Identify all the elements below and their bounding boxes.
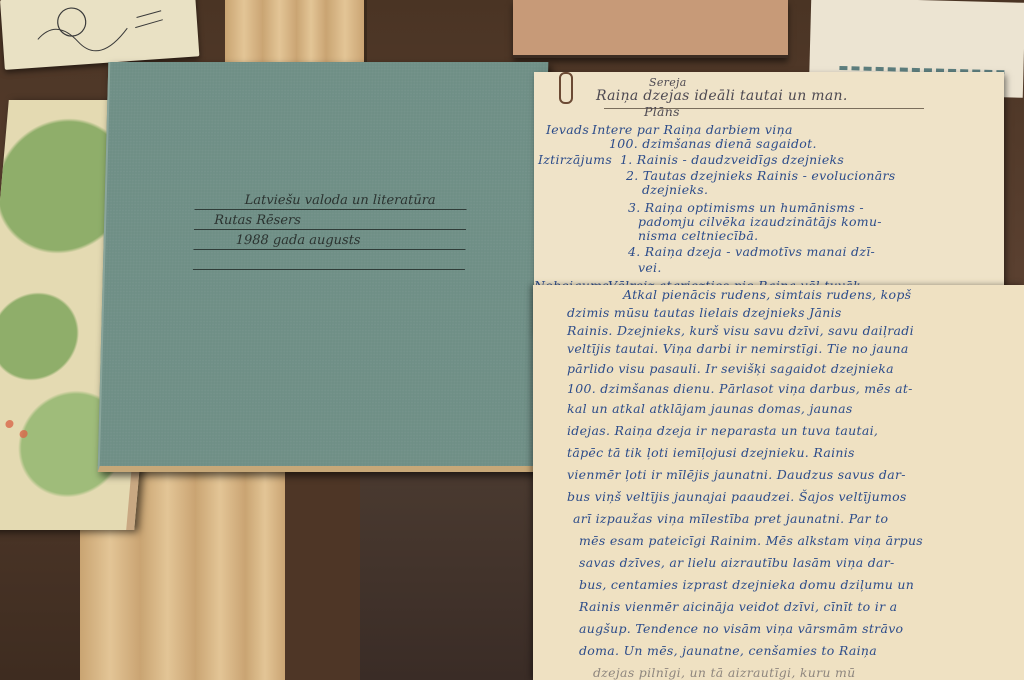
wooden-slat: [225, 0, 266, 70]
intro-label: Ievads: [546, 122, 589, 137]
essay-line: Atkal pienācis rudens, simtais rudens, k…: [623, 287, 911, 302]
intro-text: Intere par Raiņa darbiem viņa: [592, 122, 793, 137]
paper-clip-icon: [559, 72, 573, 104]
display-shadow: [360, 470, 535, 680]
essay-line: Rainis vienmēr aicināja veidot dzīvi, cī…: [579, 599, 897, 614]
wooden-slat: [245, 468, 288, 680]
body-label: Iztirzājums: [538, 152, 612, 167]
essay-line: augšup. Tendence no visām viņa vārsmām s…: [579, 621, 903, 636]
plan-point: 3. Raiņa optimisms un humānisms -: [628, 200, 864, 215]
wooden-slat: [140, 468, 198, 680]
plan-point: vei.: [638, 260, 662, 275]
wooden-slat: [326, 0, 367, 70]
label-line: Rutas Rēsers: [194, 210, 467, 230]
plan-point: dzejnieks.: [642, 182, 708, 197]
essay-line: kal un atkal atklājam jaunas domas, jaun…: [567, 401, 853, 416]
essay-line: mēs esam pateicīgi Rainim. Mēs alkstam v…: [579, 533, 923, 548]
essay-line: tāpēc tā tik ļoti iemīļojusi dzejnieku. …: [567, 445, 855, 460]
plan-point: nisma celtniecībā.: [638, 228, 758, 243]
plan-point: 1. Rainis - daudzveidīgs dzejnieks: [620, 152, 844, 167]
brown-folder: [513, 0, 788, 58]
dark-board: [285, 468, 365, 680]
wooden-slat: [262, 0, 300, 70]
sketch-drawing-icon: [15, 0, 179, 61]
plan-point: 2. Tautas dzejnieks Rainis - evolucionār…: [626, 168, 895, 183]
label-line: 1988 gada augusts: [193, 230, 466, 250]
essay-line: savas dzīves, ar lielu aizrautību lasām …: [579, 555, 895, 570]
plan-point: padomju cilvēka izaudzinātājs komu-: [638, 214, 882, 229]
notebook-label: Latviešu valoda un literatūra Rutas Rēse…: [193, 190, 467, 270]
essay-title: Raiņa dzejas ideāli tautai un man.: [596, 88, 848, 104]
essay-line: bus viņš veltījis jaunajai paaudzei. Šaj…: [567, 489, 907, 504]
essay-line: vienmēr ļoti ir mīlējis jaunatni. Daudzu…: [567, 467, 906, 482]
label-line: [193, 250, 466, 270]
wooden-slat: [296, 0, 329, 70]
plan-heading: Plāns: [644, 104, 680, 119]
essay-line: pārlido visu pasauli. Ir sevišķi sagaido…: [567, 361, 894, 376]
essay-line: bus, centamies izprast dzejnieka domu dz…: [579, 577, 914, 592]
label-subject: Latviešu valoda un literatūra: [245, 193, 436, 208]
essay-page: Atkal pienācis rudens, simtais rudens, k…: [533, 285, 1024, 680]
essay-line: 100. dzimšanas dienu. Pārlasot viņa darb…: [567, 381, 913, 396]
flower-dot: [19, 430, 28, 438]
wooden-slat: [195, 468, 248, 680]
label-owner: Rutas Rēsers: [214, 213, 301, 228]
essay-line: Rainis. Dzejnieks, kurš visu savu dzīvi,…: [567, 323, 914, 338]
label-line: Latviešu valoda un literatūra: [194, 190, 467, 210]
essay-line: arī izpaužas viņa mīlestība pret jaunatn…: [573, 511, 888, 526]
label-date: 1988 gada augusts: [235, 233, 360, 248]
essay-line: doma. Un mēs, jaunatne, cenšamies to Rai…: [579, 643, 877, 658]
essay-line: dzejas pilnīgi, un tā aizrautīgi, kuru m…: [593, 665, 856, 680]
essay-line: veltījis tautai. Viņa darbi ir nemirstīg…: [567, 341, 909, 356]
intro-text-2: 100. dzimšanas dienā sagaidot.: [609, 136, 817, 151]
flower-dot: [5, 420, 14, 428]
plan-point: 4. Raiņa dzeja - vadmotīvs manai dzī-: [628, 244, 875, 259]
green-notebook: Latviešu valoda un literatūra Rutas Rēse…: [98, 62, 549, 472]
essay-line: dzimis mūsu tautas lielais dzejnieks Jān…: [567, 305, 842, 320]
essay-line: idejas. Raiņa dzeja ir neparasta un tuva…: [567, 423, 878, 438]
